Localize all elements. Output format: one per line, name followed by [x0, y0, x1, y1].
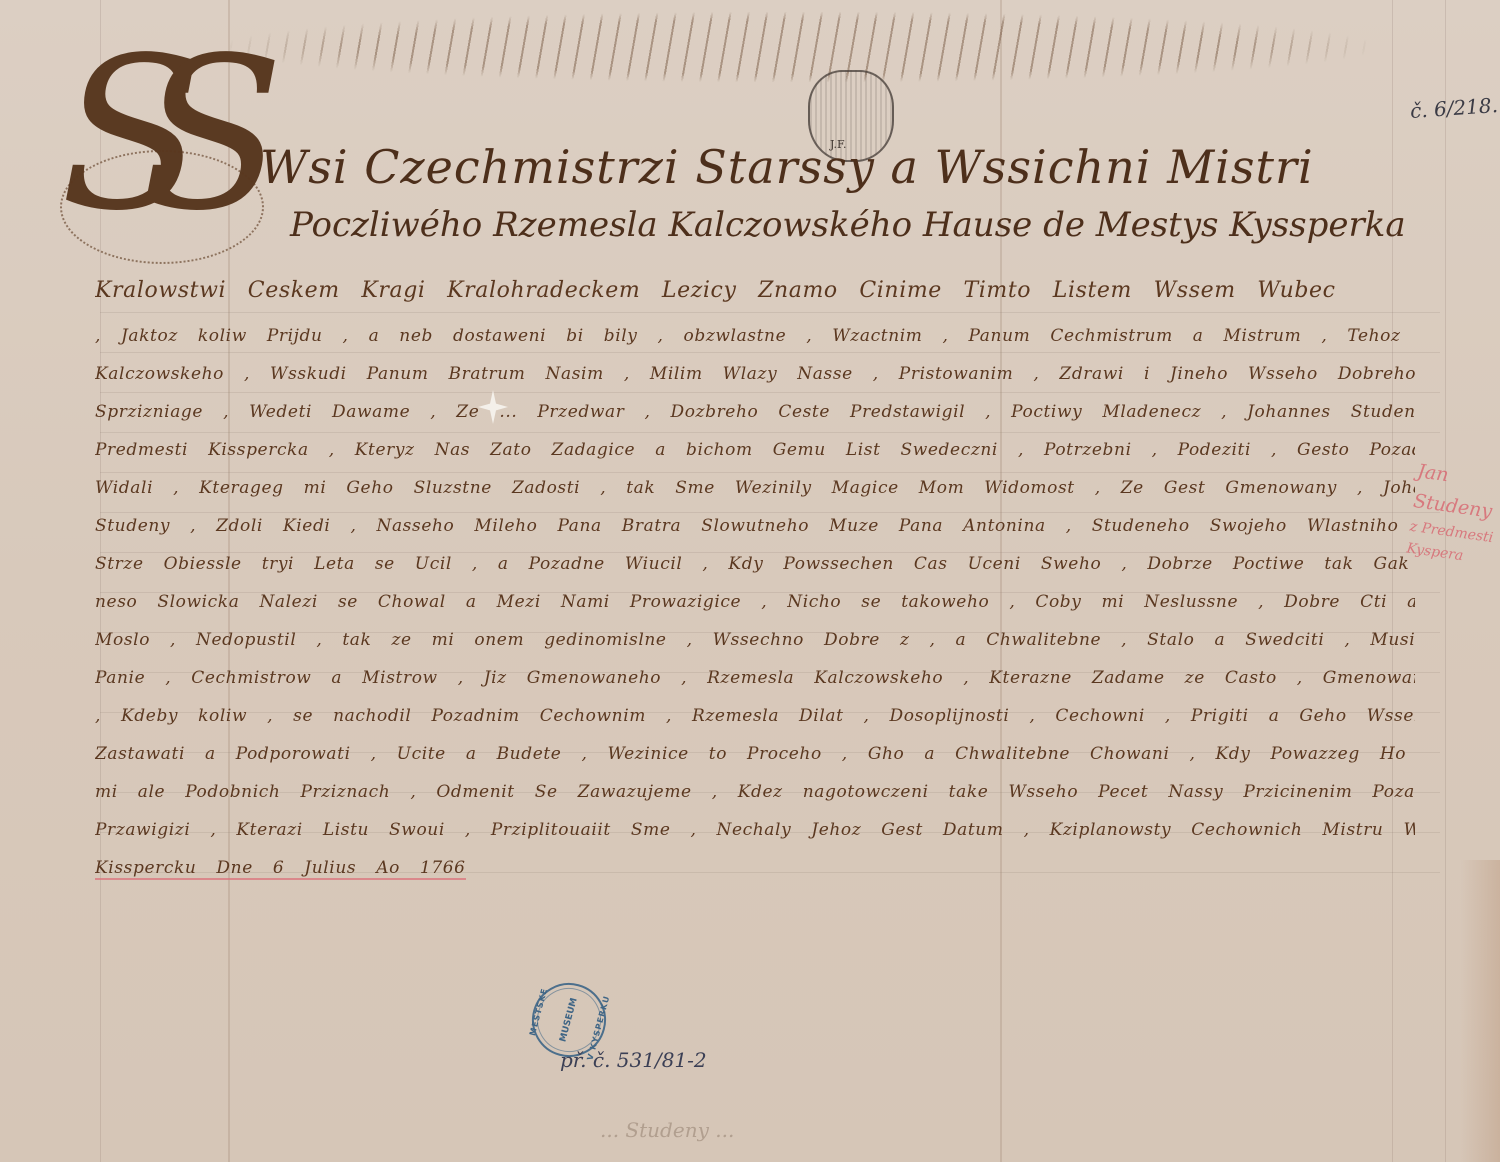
body-line: Moslo , Nedopustil , tak ze mi onem gedi…: [95, 621, 1415, 659]
body-line: Strze Obiessle tryi Leta se Ucil , a Poz…: [95, 545, 1415, 583]
title-line-1: Wsi Czechmistrzi Starssy a Wssichni Mist…: [260, 140, 1314, 194]
body-line: Zastawati a Podporowati , Ucite a Budete…: [95, 735, 1415, 773]
body-line: Sprzizniage , Wedeti Dawame , Ze ... Prz…: [95, 393, 1415, 431]
date-text: Kisspercku Dne 6 Julius Ao 1766: [95, 858, 466, 880]
floral-vine-border: [230, 12, 1370, 82]
body-line: Panie , Cechmistrow a Mistrow , Jiz Gmen…: [95, 659, 1415, 697]
inventory-number: př. č. 531/81-2: [560, 1048, 707, 1072]
body-line: Widali , Kterageg mi Geho Sluzstne Zados…: [95, 469, 1415, 507]
body-line: , Kdeby koliw , se nachodil Pozadnim Cec…: [95, 697, 1415, 735]
body-line: neso Slowicka Nalezi se Chowal a Mezi Na…: [95, 583, 1415, 621]
document-body: Kralowstwi Ceskem Kragi Kralohradeckem L…: [95, 265, 1415, 887]
margin-rule: [1445, 0, 1446, 1162]
shelf-mark: č. 6/218.: [1409, 93, 1498, 123]
faded-reverse-text: ... Studeny ...: [600, 1118, 734, 1142]
body-line: Studeny , Zdoli Kiedi , Nasseho Mileho P…: [95, 507, 1415, 545]
initial-flourish-ornament: [60, 150, 264, 264]
body-line: , Jaktoz koliw Prijdu , a neb dostaweni …: [95, 317, 1415, 355]
red-margin-annotation: Jan Studeny z Predmesti Kyspera: [1405, 456, 1500, 572]
date-line: Kisspercku Dne 6 Julius Ao 1766: [95, 849, 1415, 887]
document-sheet: SS J.F. Wsi Czechmistrzi Starssy a Wssic…: [0, 0, 1500, 1162]
body-line: mi ale Podobnich Prziznach , Odmenit Se …: [95, 773, 1415, 811]
body-line: Kralowstwi Ceskem Kragi Kralohradeckem L…: [95, 265, 1415, 317]
body-line: Predmesti Kisspercka , Kteryz Nas Zato Z…: [95, 431, 1415, 469]
body-line: Przawigizi , Kterazi Listu Swoui , Przip…: [95, 811, 1415, 849]
title-line-2: Poczliwého Rzemesla Kalczowského Hause d…: [290, 205, 1406, 245]
body-line: Kalczowskeho , Wsskudi Panum Bratrum Nas…: [95, 355, 1415, 393]
